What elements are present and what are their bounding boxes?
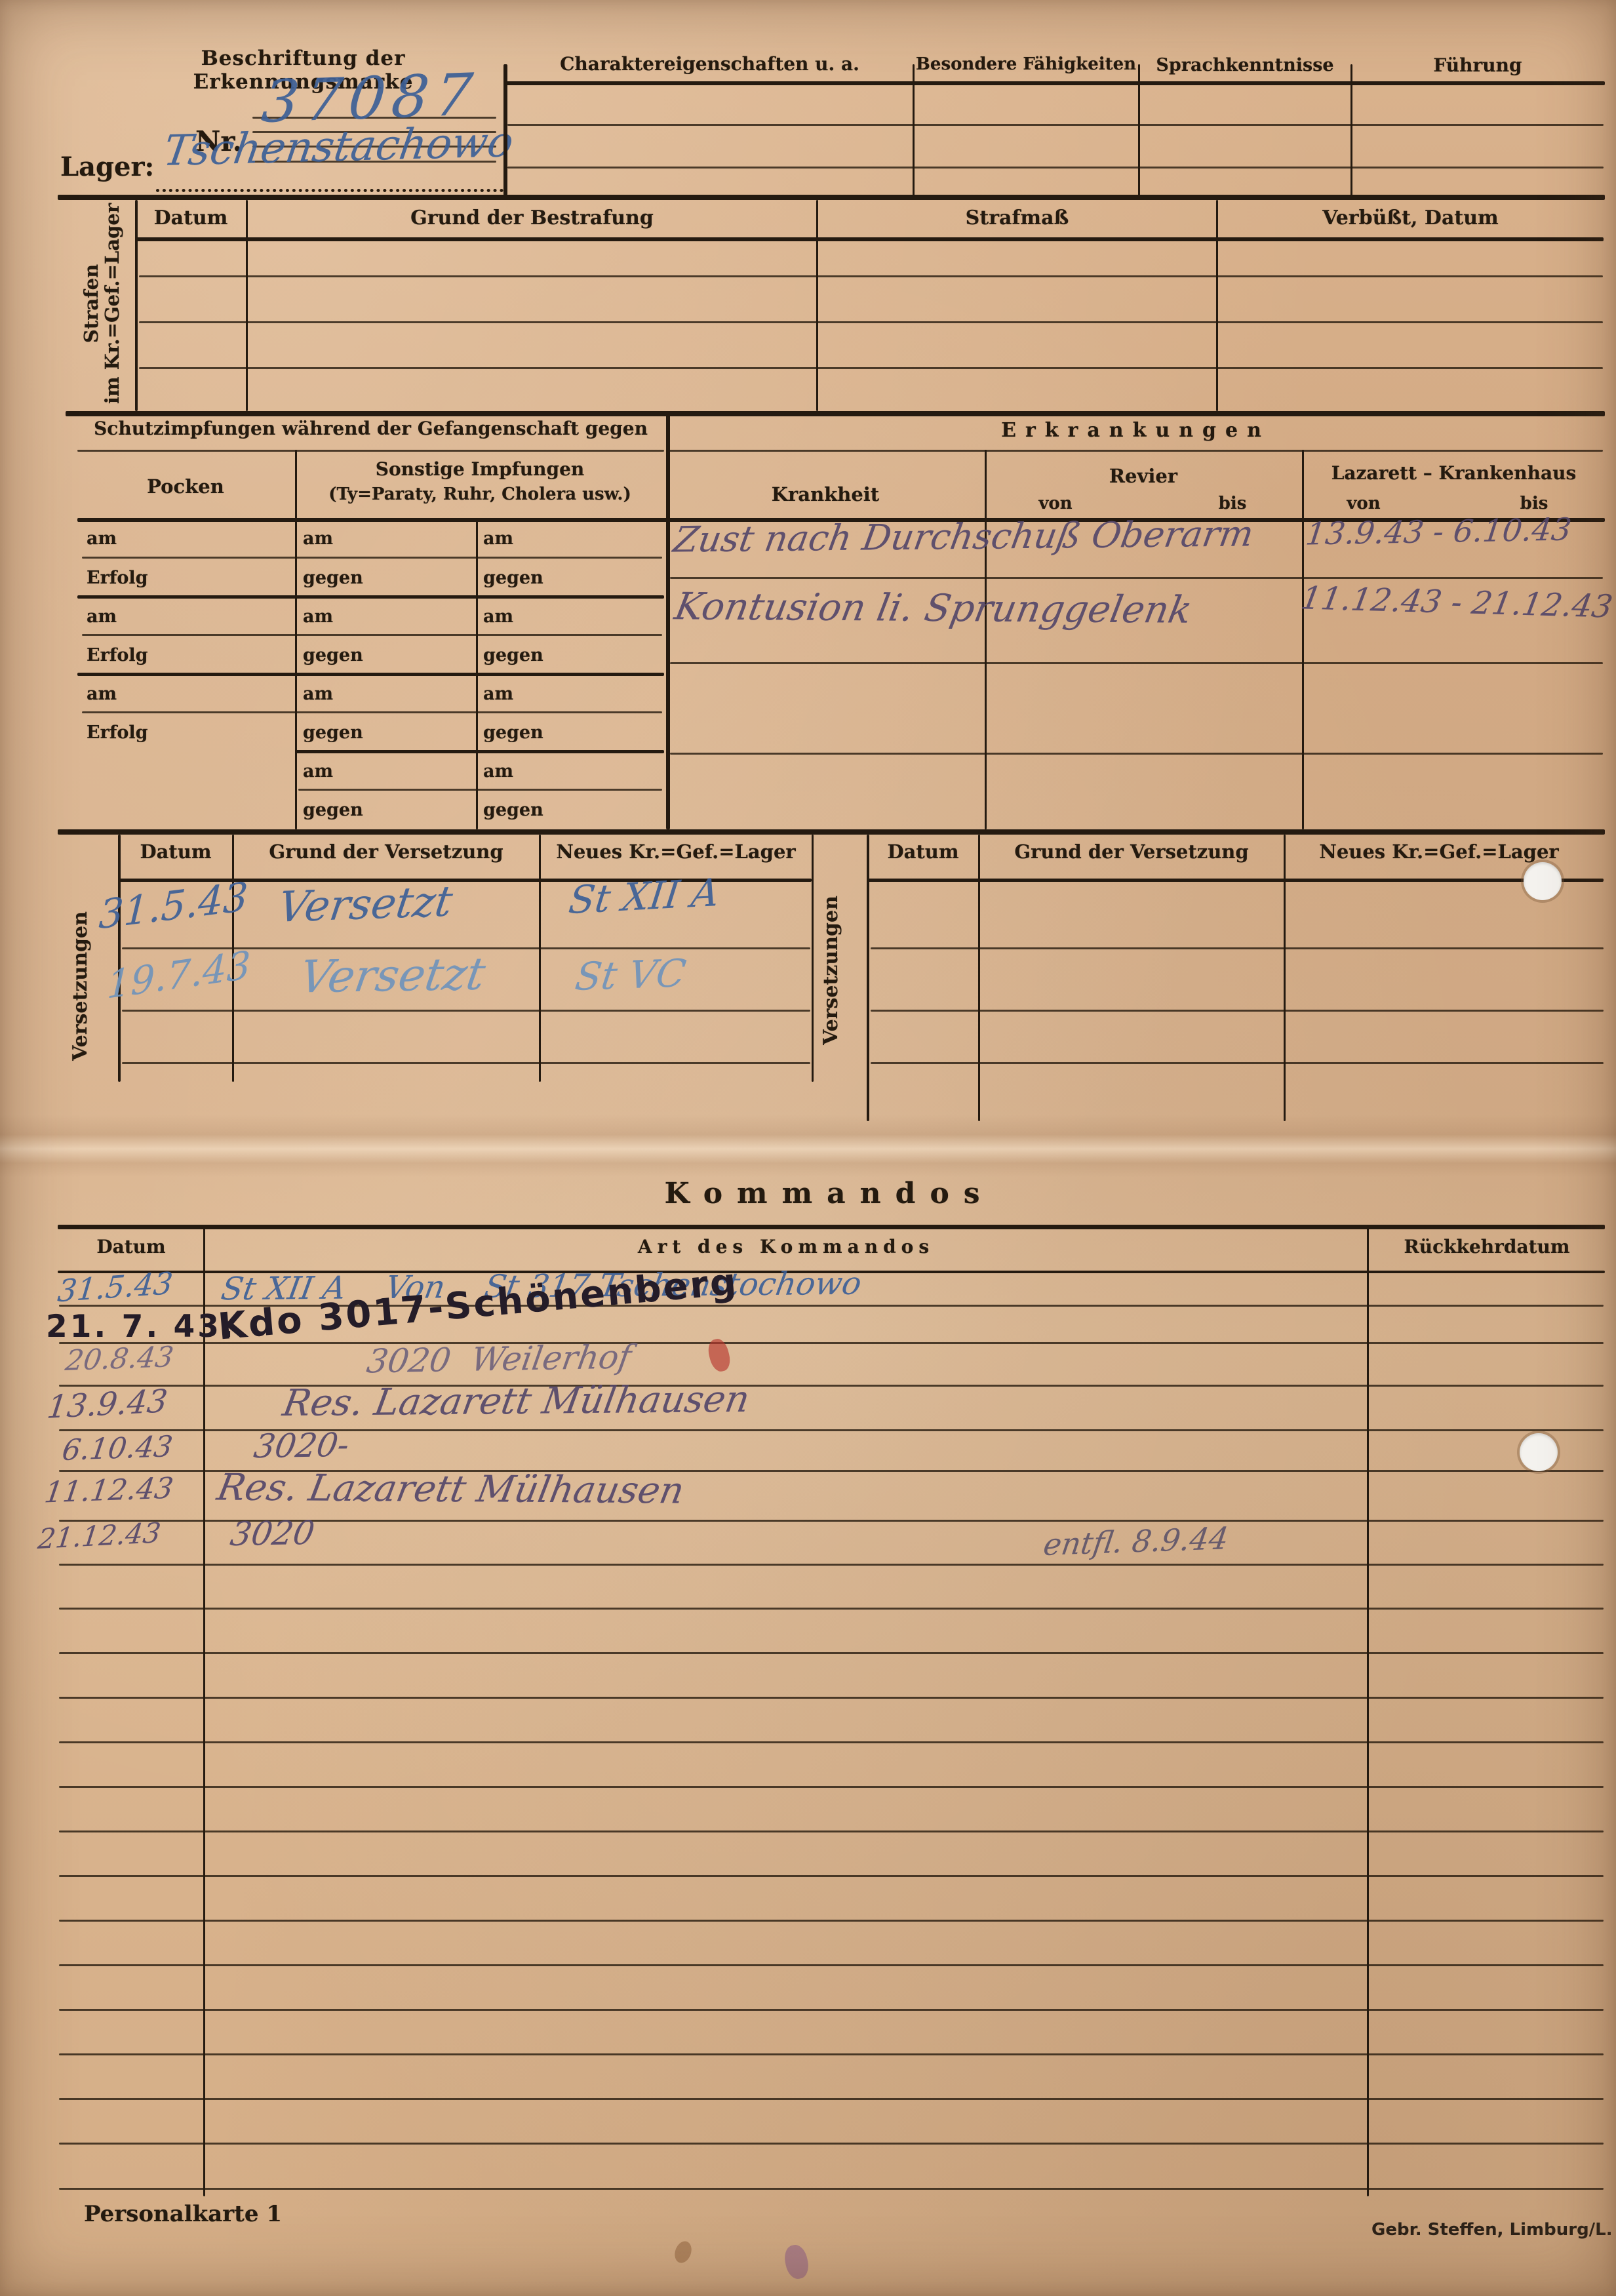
impf-label: am	[303, 684, 333, 704]
kommando-datum-handwritten: 11.12.43	[43, 1474, 175, 1507]
ruled-line	[507, 167, 1604, 168]
ruled-line	[871, 1010, 1604, 1012]
impf-label: am	[87, 528, 117, 549]
rule-heavy	[58, 195, 1605, 200]
stain	[782, 2243, 811, 2281]
ruled-line	[871, 947, 1604, 949]
kommando-datum-handwritten: 31.5.43	[56, 1268, 174, 1307]
versetzung-neues-lager-handwritten: St XII A	[567, 873, 722, 919]
rule-heavy	[135, 237, 1604, 241]
impf-label: am	[483, 684, 513, 704]
personalkarte-document: Beschriftung der Erkennungsmarke Nr. 370…	[0, 0, 1616, 2296]
divider	[118, 835, 121, 1082]
revier-von-label: von	[1023, 494, 1088, 514]
impfungen-title: Schutzimpfungen während der Gefangenscha…	[77, 418, 664, 439]
versetzungen-header-grund: Grund der Versetzung	[979, 841, 1284, 863]
divider	[1367, 1225, 1369, 2196]
rule-heavy	[58, 1225, 1605, 1229]
col-header-fuehrung: Führung	[1353, 55, 1602, 76]
ruled-line	[670, 753, 1603, 755]
kommando-note-handwritten: entfl. 8.9.44	[1042, 1523, 1231, 1560]
versetzung-grund-handwritten: Versetzt	[276, 881, 456, 929]
kommando-art-handwritten: 3020-	[252, 1429, 351, 1463]
erkrankungen-col-krankheit: Krankheit	[669, 484, 982, 505]
ruled-line	[669, 450, 1603, 452]
rule-heavy	[505, 81, 1605, 85]
kommando-art-handwritten: Res. Lazarett Mülhausen	[214, 1470, 687, 1510]
versetzungen-side-label: Versetzungen	[820, 872, 862, 1069]
revier-bis-label: bis	[1200, 494, 1265, 514]
impf-label: gegen	[483, 568, 543, 588]
footer-form-name: Personalkarte 1	[84, 2202, 282, 2227]
krankheit-entry-handwritten: Kontusion li. Sprunggelenk	[672, 588, 1195, 629]
impf-label: Erfolg	[87, 645, 148, 665]
divider	[246, 200, 248, 411]
divider	[985, 450, 987, 829]
impf-label: Erfolg	[87, 722, 148, 743]
kommandos-header-art: Art des Kommandos	[205, 1237, 1367, 1257]
ruled-line	[82, 711, 662, 713]
divider	[867, 835, 869, 1121]
ruled-line	[122, 1010, 810, 1012]
divider	[816, 200, 818, 411]
ruled-line	[507, 124, 1604, 126]
impf-label: am	[303, 606, 333, 627]
divider	[812, 835, 814, 1082]
kommandos-title: Kommandos	[577, 1178, 1082, 1211]
impf-label: gegen	[303, 568, 363, 588]
impf-label: gegen	[483, 645, 543, 665]
impf-label: Erfolg	[87, 568, 148, 588]
lazarett-dates-handwritten: 13.9.43 - 6.10.43	[1304, 514, 1573, 549]
col-header-sprachen: Sprachkenntnisse	[1141, 55, 1349, 75]
impf-label: gegen	[303, 645, 363, 665]
strafen-side-line2: im Kr.=Gef.=Lager	[101, 203, 123, 404]
impfungen-col-sonstige: Sonstige Impfungen	[296, 459, 663, 480]
ruled-line	[670, 662, 1603, 664]
impf-label: am	[87, 684, 117, 704]
ruled-line	[82, 557, 662, 559]
strafen-side-line1: Strafen	[80, 264, 102, 343]
rule-heavy	[77, 595, 664, 599]
ruled-line	[59, 2143, 1604, 2145]
impf-label: am	[87, 606, 117, 627]
kommandos-header-rueckkehr: Rückkehrdatum	[1369, 1237, 1605, 1257]
rule-heavy	[867, 879, 1604, 882]
versetzungen-header-datum: Datum	[868, 841, 978, 863]
kommando-datum-handwritten: 6.10.43	[60, 1433, 174, 1465]
kommando-datum-handwritten: 20.8.43	[64, 1343, 175, 1376]
rule-heavy	[295, 750, 664, 753]
rule-heavy	[58, 829, 1605, 835]
impf-label: gegen	[303, 722, 363, 743]
strafen-header-datum: Datum	[135, 207, 246, 230]
krankheit-entry-handwritten: Zust nach Durchschuß Oberarm	[671, 516, 1256, 557]
fold-crease	[0, 1115, 1616, 1177]
ruled-line	[871, 1062, 1604, 1064]
impfungen-col-sonstige-sub: (Ty=Paraty, Ruhr, Cholera usw.)	[296, 485, 663, 505]
col-header-charakter: Charaktereigenschaften u. a.	[508, 54, 911, 75]
impf-label: gegen	[483, 722, 543, 743]
ruled-line	[59, 1831, 1604, 1832]
divider	[1216, 200, 1218, 411]
footer-printer-credit: Gebr. Steffen, Limburg/L.	[1371, 2220, 1613, 2240]
hole-punch	[1524, 862, 1562, 900]
strafen-side-label: Strafen im Kr.=Gef.=Lager	[81, 195, 125, 412]
ruled-line	[59, 1875, 1604, 1877]
strafen-header-strafmass: Strafmaß	[818, 207, 1216, 230]
impfungen-col-pocken: Pocken	[77, 476, 294, 498]
lazarett-bis-label: bis	[1501, 494, 1567, 514]
ruled-line	[298, 789, 662, 791]
versetzungen-header-grund: Grund der Versetzung	[233, 841, 539, 863]
lazarett-von-label: von	[1331, 494, 1396, 514]
hole-punch	[1520, 1433, 1558, 1471]
ruled-line	[59, 2053, 1604, 2055]
versetzung-datum-handwritten: 19.7.43	[106, 945, 251, 1004]
erkrankungen-col-lazarett: Lazarett – Krankenhaus	[1305, 463, 1603, 484]
kommando-art-handwritten: Res. Lazarett Mülhausen	[280, 1381, 752, 1422]
divider	[135, 200, 138, 411]
divider	[666, 411, 670, 829]
strafen-header-grund: Grund der Bestrafung	[248, 207, 816, 230]
versetzung-neues-lager-handwritten: St VC	[573, 954, 688, 996]
divider	[978, 835, 980, 1121]
ruled-line	[139, 275, 1603, 277]
impf-label: am	[483, 761, 513, 782]
lager-value-handwritten: Tschenstachowo	[161, 121, 516, 172]
kommandos-header-datum: Datum	[59, 1237, 203, 1257]
ruled-line	[122, 1062, 810, 1064]
ruled-line	[59, 1964, 1604, 1966]
ruled-line	[670, 577, 1603, 579]
versetzungen-header-datum: Datum	[119, 841, 232, 863]
ruled-line	[59, 1741, 1604, 1743]
ruled-line	[59, 1608, 1604, 1610]
ruled-line	[82, 634, 662, 636]
divider	[203, 1225, 205, 2196]
lazarett-dates-handwritten: 11.12.43 - 21.12.43	[1299, 582, 1615, 622]
ruled-line	[59, 1920, 1604, 1922]
divider	[539, 835, 541, 1082]
ruled-line	[139, 321, 1603, 323]
impf-label: am	[483, 528, 513, 549]
impf-label: gegen	[483, 800, 543, 820]
versetzungen-header-neues: Neues Kr.=Gef.=Lager	[540, 841, 812, 863]
ruled-line	[59, 1786, 1604, 1788]
ruled-line	[59, 1652, 1604, 1654]
kommando-datum-stamp: 21. 7. 43.	[46, 1309, 236, 1345]
strafen-header-verbuesst: Verbüßt, Datum	[1218, 207, 1603, 230]
ruled-line	[59, 1697, 1604, 1699]
divider	[1302, 450, 1304, 829]
kommando-art-handwritten: 3020 Weilerhof	[365, 1340, 633, 1377]
ruled-line	[59, 2098, 1604, 2100]
rule-heavy	[77, 673, 664, 676]
impf-label: am	[303, 528, 333, 549]
kommando-art-handwritten: 3020	[228, 1516, 317, 1551]
col-header-faehigkeiten: Besondere Fähigkeiten	[915, 55, 1137, 75]
ruled-line	[59, 1342, 1604, 1344]
divider	[1284, 835, 1286, 1121]
lager-label: Lager:	[60, 152, 154, 182]
stain	[672, 2239, 694, 2265]
ruled-line	[59, 2188, 1604, 2190]
rule-heavy	[66, 411, 1605, 416]
ruled-line	[77, 450, 664, 452]
ruled-line	[139, 367, 1603, 369]
ruled-line	[59, 2009, 1604, 2011]
divider	[295, 450, 297, 829]
erkrankungen-col-revier: Revier	[987, 465, 1300, 487]
versetzungen-header-neues: Neues Kr.=Gef.=Lager	[1285, 841, 1593, 863]
erkrankungen-title: Erkrankungen	[669, 420, 1603, 443]
kommando-datum-handwritten: 21.12.43	[37, 1519, 163, 1553]
ruled-line	[59, 1564, 1604, 1566]
impf-label: am	[483, 606, 513, 627]
impf-label: gegen	[303, 800, 363, 820]
impf-label: am	[303, 761, 333, 782]
versetzung-grund-handwritten: Versetzt	[297, 952, 488, 1000]
kommando-datum-handwritten: 13.9.43	[45, 1385, 169, 1423]
